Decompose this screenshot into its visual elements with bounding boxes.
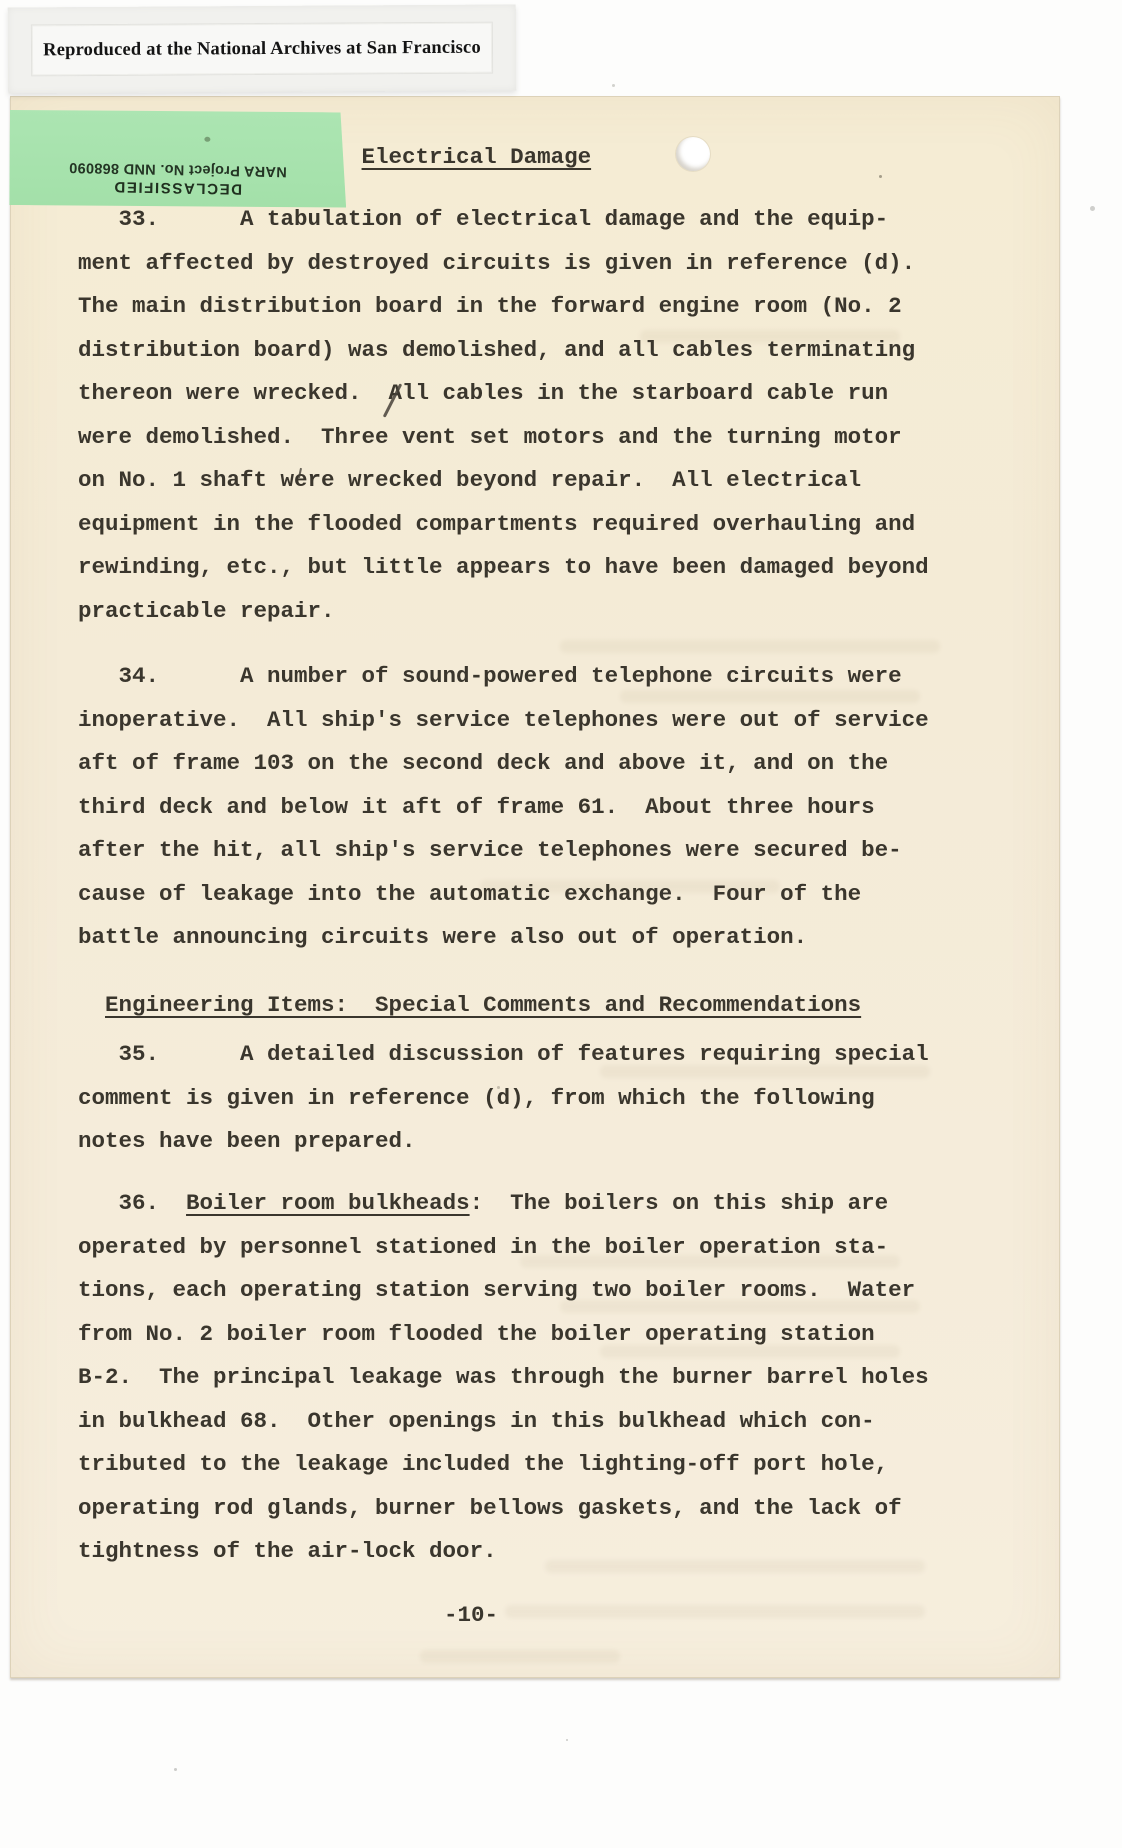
typed-line: cause of leakage into the automatic exch… xyxy=(78,873,929,917)
typed-line: The main distribution board in the forwa… xyxy=(78,285,929,329)
typed-line: Engineering Items: Special Comments and … xyxy=(78,984,861,1028)
declassified-sticker: DECLASSIFIED NARA Project No. NND 868090 xyxy=(8,106,348,211)
typed-line: tions, each operating station serving tw… xyxy=(78,1269,929,1313)
typed-text-segment xyxy=(78,992,105,1018)
typed-line: battle announcing circuits were also out… xyxy=(78,916,929,960)
typed-line: after the hit, all ship's service teleph… xyxy=(78,829,929,873)
underlined-text: Electrical Damage xyxy=(362,144,592,170)
hole-punch xyxy=(676,137,710,171)
sticker-line-declassified: DECLASSIFIED xyxy=(113,177,243,198)
typed-line: tributed to the leakage included the lig… xyxy=(78,1443,929,1487)
underlined-text: Boiler room bulkheads xyxy=(186,1190,470,1216)
page-number: -10- xyxy=(444,1594,498,1638)
typed-line: 36. Boiler room bulkheads: The boilers o… xyxy=(78,1182,929,1226)
typed-line: operating rod glands, burner bellows gas… xyxy=(78,1487,929,1531)
speck xyxy=(879,175,882,178)
paragraph-34: 34. A number of sound-powered telephone … xyxy=(78,655,929,960)
typed-line: in bulkhead 68. Other openings in this b… xyxy=(78,1400,929,1444)
typed-line: thereon were wrecked. All cables in the … xyxy=(78,372,929,416)
typed-line: were demolished. Three vent set motors a… xyxy=(78,416,929,460)
underlined-text: Engineering Items: Special Comments and … xyxy=(105,992,861,1018)
typed-line: tightness of the air-lock door. xyxy=(78,1530,929,1574)
typed-line: aft of frame 103 on the second deck and … xyxy=(78,742,929,786)
typed-line: from No. 2 boiler room flooded the boile… xyxy=(78,1313,929,1357)
typed-line: third deck and below it aft of frame 61.… xyxy=(78,786,929,830)
typed-line: operated by personnel stationed in the b… xyxy=(78,1226,929,1270)
typed-line: comment is given in reference (d), from … xyxy=(78,1077,929,1121)
scan-background: { "archive_label": { "text": "Reproduced… xyxy=(0,0,1122,1848)
typed-text: Electrical Damage 33. A tabulation of el… xyxy=(0,0,1122,1848)
typed-text-segment: : The boilers on this ship are xyxy=(470,1190,889,1216)
typed-text-segment: 36. xyxy=(78,1190,186,1216)
typed-line: notes have been prepared. xyxy=(78,1120,929,1164)
typed-line: B-2. The principal leakage was through t… xyxy=(78,1356,929,1400)
speck xyxy=(612,84,615,87)
typed-line: inoperative. All ship's service telephon… xyxy=(78,699,929,743)
typed-line: equipment in the flooded compartments re… xyxy=(78,503,929,547)
sticker-line-nara-project: NARA Project No. NND 868090 xyxy=(69,157,287,180)
sticker-speck xyxy=(204,137,210,142)
section-heading-engineering: Engineering Items: Special Comments and … xyxy=(78,984,861,1028)
speck xyxy=(566,1739,568,1741)
typed-line: ment affected by destroyed circuits is g… xyxy=(78,242,929,286)
typed-line: on No. 1 shaft were wrecked beyond repai… xyxy=(78,459,929,503)
speck xyxy=(497,1086,500,1089)
paragraph-33: 33. A tabulation of electrical damage an… xyxy=(78,198,929,633)
typed-line: practicable repair. xyxy=(78,590,929,634)
speck xyxy=(174,1768,177,1771)
paragraph-35: 35. A detailed discussion of features re… xyxy=(78,1033,929,1164)
typed-line: -10- xyxy=(444,1594,498,1638)
paragraph-36: 36. Boiler room bulkheads: The boilers o… xyxy=(78,1182,929,1574)
typed-line: 35. A detailed discussion of features re… xyxy=(78,1033,929,1077)
speck xyxy=(1090,206,1095,211)
sticker-text: DECLASSIFIED NARA Project No. NND 868090 xyxy=(8,106,348,211)
typed-line: rewinding, etc., but little appears to h… xyxy=(78,546,929,590)
typed-line: distribution board) was demolished, and … xyxy=(78,329,929,373)
typed-line: 34. A number of sound-powered telephone … xyxy=(78,655,929,699)
